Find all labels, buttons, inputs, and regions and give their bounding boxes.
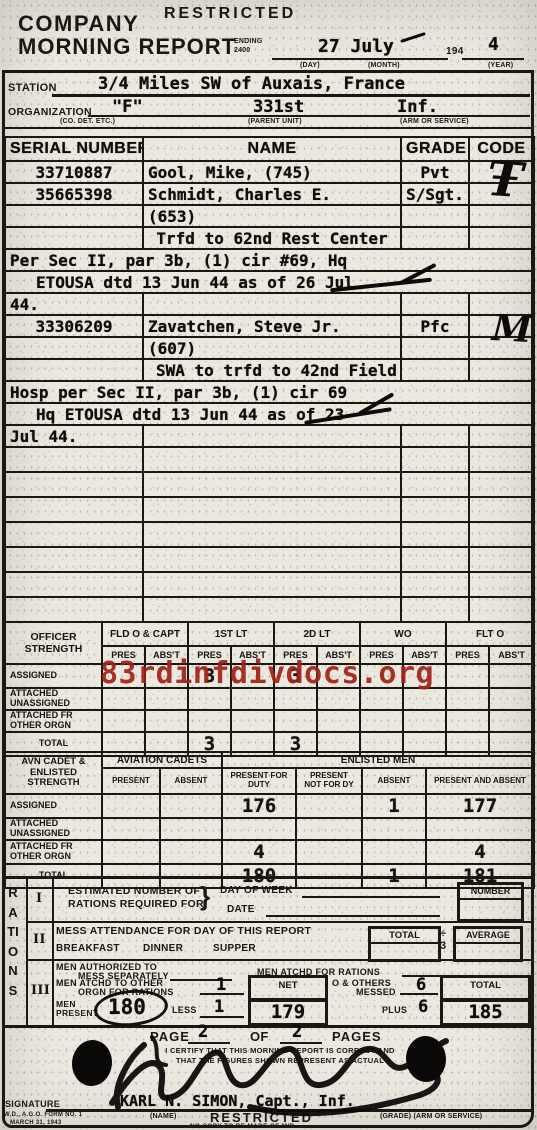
cell	[446, 688, 489, 710]
remarks-cell: ETOUSA dtd 13 Jun 44 as of 26 Jul	[5, 271, 534, 293]
cell	[188, 710, 231, 732]
group-flt-o: FLT O	[446, 622, 534, 646]
cell	[489, 664, 534, 688]
breakfast-label: BREAKFAST	[56, 943, 120, 954]
station-label: STATION	[8, 82, 57, 94]
atchd-other-value: 1	[216, 975, 226, 995]
rations-numeral-border	[52, 879, 54, 1025]
grade-cell	[401, 359, 469, 381]
sub-abst: ABS'T	[489, 646, 534, 664]
cell	[231, 710, 274, 732]
cell: 4	[222, 840, 296, 864]
code-cell	[469, 597, 534, 622]
roster-row: SWA to trfd to 42nd Field	[5, 359, 534, 381]
code-cell	[469, 425, 534, 447]
report-title-line2: MORNING REPORT	[18, 34, 236, 60]
grade-cell: S/Sgt.	[401, 183, 469, 205]
code-cell	[469, 205, 534, 227]
roster-row: 44.	[5, 293, 534, 315]
cell	[102, 818, 160, 840]
day-sublabel: (DAY)	[300, 62, 320, 69]
row-label: ATTACHED FR OTHER ORGN	[5, 710, 102, 732]
cell	[160, 794, 222, 818]
grade-cell: Pfc	[401, 315, 469, 337]
serial-cell: 33306209	[5, 315, 143, 337]
cell	[102, 688, 145, 710]
cell	[296, 818, 362, 840]
cell	[317, 688, 360, 710]
name-cell: (653)	[143, 205, 401, 227]
enlisted-strength-table: AVN CADET & ENLISTED STRENGTH AVIATION C…	[4, 751, 535, 889]
day-of-week-label: DAY OF WEEK	[220, 885, 293, 896]
roster-row: (607)	[5, 337, 534, 359]
group-2d-lt: 2D LT	[274, 622, 360, 646]
average-box-label: AVERAGE	[456, 929, 520, 944]
divide-sign: ÷	[440, 928, 446, 940]
name-cell: SWA to trfd to 42nd Field	[143, 359, 401, 381]
organization-label: ORGANIZATION	[8, 106, 92, 118]
code-cell	[469, 359, 534, 381]
net-box-label: NET	[251, 978, 325, 993]
rations-vertical-label: RATIONS	[6, 883, 20, 1000]
section-divider-rule	[4, 127, 533, 129]
serial-cell	[5, 547, 143, 572]
grade-cell: Pvt	[401, 161, 469, 183]
officer-strength-title: OFFICER STRENGTH	[5, 622, 102, 664]
cell	[102, 794, 160, 818]
remarks-cell: Hq ETOUSA dtd 13 Jun 44 as of 23	[5, 403, 534, 425]
roster-empty-row	[5, 547, 534, 572]
enlisted-strength-title: AVN CADET & ENLISTED STRENGTH	[5, 752, 102, 794]
enlisted-row-attached-unassigned: ATTACHED UNASSIGNED	[5, 818, 534, 840]
roster-row: Per Sec II, par 3b, (1) cir #69, Hq	[5, 249, 534, 271]
mess-total-label: TOTAL	[371, 929, 438, 944]
col-absent-em: ABSENT	[362, 768, 426, 794]
roster-row: 33306209 Zavatchen, Steve Jr. Pfc	[5, 315, 534, 337]
year-prefix: 194	[446, 46, 464, 57]
number-box: NUMBER	[457, 882, 524, 922]
atchd-other-line	[200, 993, 244, 995]
officer-row-attached-fr-other: ATTACHED FR OTHER ORGN	[5, 710, 534, 732]
mess-attendance-title: MESS ATTENDANCE FOR DAY OF THIS REPORT	[56, 925, 311, 937]
group-1st-lt: 1ST LT	[188, 622, 274, 646]
year-underline	[462, 58, 524, 60]
name-cell: Schmidt, Charles E.	[143, 183, 401, 205]
column-header-name: NAME	[143, 137, 401, 161]
signature-scrawl	[0, 1015, 537, 1125]
roster-header-row: SERIAL NUMBER NAME GRADE CODE	[5, 137, 534, 161]
handwritten-code-m: M	[491, 307, 533, 351]
cell	[403, 688, 446, 710]
col-present: PRESENT	[102, 768, 160, 794]
cell	[160, 840, 222, 864]
roster-row: 33710887 Gool, Mike, (745) Pvt	[5, 161, 534, 183]
group-wo: WO	[360, 622, 446, 646]
others-messed-value: 6	[416, 975, 426, 995]
serial-cell	[5, 597, 143, 622]
row-label: ASSIGNED	[5, 664, 102, 688]
name-cell	[143, 547, 401, 572]
grade-cell	[401, 547, 469, 572]
organization-arm-sublabel: (ARM OR SERVICE)	[400, 118, 469, 125]
serial-cell: 44.	[5, 293, 143, 315]
cell	[360, 710, 403, 732]
others-messed-line	[400, 993, 438, 995]
row-label: ATTACHED FR OTHER ORGN	[5, 840, 102, 864]
cell	[102, 710, 145, 732]
cell: 1	[362, 794, 426, 818]
serial-cell	[5, 572, 143, 597]
cell	[360, 688, 403, 710]
ending-time: 2400	[234, 47, 250, 54]
row-label: ATTACHED UNASSIGNED	[5, 688, 102, 710]
serial-cell	[5, 522, 143, 547]
station-value: 3/4 Miles SW of Auxais, France	[98, 74, 405, 94]
date-label: DATE	[227, 904, 255, 915]
code-cell	[469, 227, 534, 249]
column-header-serial: SERIAL NUMBER	[5, 137, 143, 161]
code-cell	[469, 447, 534, 472]
grade-cell	[401, 597, 469, 622]
grade-cell	[401, 425, 469, 447]
cell	[489, 688, 534, 710]
cell	[274, 710, 317, 732]
organization-parent-sublabel: (PARENT UNIT)	[248, 118, 302, 125]
day-of-week-line	[302, 896, 440, 898]
serial-cell	[5, 359, 143, 381]
col-absent: ABSENT	[160, 768, 222, 794]
estimated-rations-label-2: RATIONS REQUIRED FOR	[68, 898, 204, 910]
cell	[317, 710, 360, 732]
cell	[296, 794, 362, 818]
serial-cell	[5, 205, 143, 227]
cell	[102, 840, 160, 864]
name-cell: Zavatchen, Steve Jr.	[143, 315, 401, 337]
brace-glyph: }	[200, 881, 210, 912]
year-value: 4	[488, 34, 499, 55]
cell	[296, 840, 362, 864]
officer-row-attached-unassigned: ATTACHED UNASSIGNED	[5, 688, 534, 710]
organization-co-sublabel: (CO. DET. ETC.)	[60, 118, 115, 125]
code-cell	[469, 547, 534, 572]
cell	[362, 840, 426, 864]
cell	[231, 688, 274, 710]
roster-empty-row	[5, 597, 534, 622]
cell	[188, 688, 231, 710]
column-header-grade: GRADE	[401, 137, 469, 161]
grade-cell	[401, 293, 469, 315]
serial-cell	[5, 227, 143, 249]
divisor-3: 3	[440, 940, 446, 952]
grade-cell	[401, 337, 469, 359]
cell	[145, 710, 188, 732]
cell	[426, 818, 534, 840]
estimated-rations-label-1: ESTIMATED NUMBER OF	[68, 885, 200, 897]
remarks-cell: Per Sec II, par 3b, (1) cir #69, Hq	[5, 249, 534, 271]
cell: 177	[426, 794, 534, 818]
date-underline	[272, 58, 448, 60]
name-cell	[143, 597, 401, 622]
month-sublabel: (MONTH)	[368, 62, 400, 69]
name-cell	[143, 572, 401, 597]
officer-header-groups: OFFICER STRENGTH FLD O & CAPT 1ST LT 2D …	[5, 622, 534, 646]
enlisted-header-groups: AVN CADET & ENLISTED STRENGTH AVIATION C…	[5, 752, 534, 768]
rations-section: RATIONS I II III ESTIMATED NUMBER OF RAT…	[4, 876, 533, 1028]
name-cell	[143, 425, 401, 447]
roster-row: Jul 44.	[5, 425, 534, 447]
group-fldo-capt: FLD O & CAPT	[102, 622, 188, 646]
serial-cell: 35665398	[5, 183, 143, 205]
serial-cell: 33710887	[5, 161, 143, 183]
name-cell	[143, 447, 401, 472]
roster-empty-row	[5, 497, 534, 522]
row-label: ASSIGNED	[5, 794, 102, 818]
col-present-for-duty: PRESENT FOR DUTY	[222, 768, 296, 794]
grade-cell	[401, 522, 469, 547]
roster-empty-row	[5, 572, 534, 597]
group-enlisted-men: ENLISTED MEN	[222, 752, 534, 768]
cell	[160, 818, 222, 840]
roster-table: SERIAL NUMBER NAME GRADE CODE 33710887 G…	[4, 136, 535, 623]
roster-row: ETOUSA dtd 13 Jun 44 as of 26 Jul	[5, 271, 534, 293]
grade-cell	[401, 572, 469, 597]
cell	[489, 710, 534, 732]
cell: 4	[426, 840, 534, 864]
plus-value: 6	[418, 997, 428, 1017]
year-sublabel: (YEAR)	[488, 62, 513, 69]
roster-empty-row	[5, 472, 534, 497]
roster-row: 35665398 Schmidt, Charles E. S/Sgt.	[5, 183, 534, 205]
less-label: LESS	[172, 1005, 197, 1015]
name-cell	[143, 522, 401, 547]
cell: 176	[222, 794, 296, 818]
grade-cell	[401, 497, 469, 522]
name-cell: Trfd to 62nd Rest Center	[143, 227, 401, 249]
dinner-label: DINNER	[143, 943, 183, 954]
roster-empty-row	[5, 522, 534, 547]
grade-cell	[401, 472, 469, 497]
less-value: 1	[214, 997, 224, 1017]
remarks-cell: Hosp per Sec II, par 3b, (1) cir 69	[5, 381, 534, 403]
serial-cell	[5, 497, 143, 522]
serial-cell	[5, 447, 143, 472]
name-cell	[143, 472, 401, 497]
number-box-label: NUMBER	[460, 885, 521, 900]
serial-cell	[5, 472, 143, 497]
rations-numeral-2: II	[33, 932, 46, 947]
morning-report-scan: RESTRICTED COMPANY MORNING REPORT ENDING…	[0, 0, 537, 1130]
cell	[145, 688, 188, 710]
name-cell: (607)	[143, 337, 401, 359]
code-cell	[469, 497, 534, 522]
rations-numeral-3: III	[31, 983, 50, 998]
cell	[446, 664, 489, 688]
roster-row: Hosp per Sec II, par 3b, (1) cir 69	[5, 381, 534, 403]
watermark-text: 83rdinfdivdocs.org	[100, 656, 434, 691]
row-label: ATTACHED UNASSIGNED	[5, 818, 102, 840]
name-cell	[143, 293, 401, 315]
rations-total-label: TOTAL	[443, 978, 528, 993]
mess-total-box: TOTAL	[368, 926, 441, 962]
roster-row: Trfd to 62nd Rest Center	[5, 227, 534, 249]
name-cell: Gool, Mike, (745)	[143, 161, 401, 183]
code-cell	[469, 522, 534, 547]
organization-co-value: "F"	[112, 97, 143, 117]
pen-mark-after-date	[400, 32, 426, 43]
cell	[362, 818, 426, 840]
cell	[403, 710, 446, 732]
cell	[274, 688, 317, 710]
ending-label: ENDING	[234, 38, 262, 45]
cell	[446, 710, 489, 732]
enlisted-row-attached-fr-other: ATTACHED FR OTHER ORGN 4 4	[5, 840, 534, 864]
cell	[222, 818, 296, 840]
rations-numeral-1: I	[36, 891, 42, 906]
plus-label: PLUS	[382, 1005, 407, 1015]
col-present-and-absent: PRESENT AND ABSENT	[426, 768, 534, 794]
name-cell	[143, 497, 401, 522]
roster-row: (653)	[5, 205, 534, 227]
grade-cell	[401, 205, 469, 227]
code-cell	[469, 572, 534, 597]
classification-banner: RESTRICTED	[164, 5, 296, 23]
organization-parent-value: 331st	[253, 97, 304, 117]
others-messed-label-2: MESSED	[356, 987, 396, 997]
handwritten-code-t: Ŧ	[485, 151, 525, 209]
date-line	[266, 915, 440, 917]
grade-cell	[401, 447, 469, 472]
organization-underline	[88, 115, 530, 117]
organization-arm-value: Inf.	[397, 97, 438, 117]
rations-strip-border	[26, 879, 28, 1025]
group-aviation-cadets: AVIATION CADETS	[102, 752, 222, 768]
enlisted-row-assigned: ASSIGNED 176 1 177	[5, 794, 534, 818]
supper-label: SUPPER	[213, 943, 256, 954]
serial-cell: Jul 44.	[5, 425, 143, 447]
roster-empty-row	[5, 447, 534, 472]
grade-cell	[401, 227, 469, 249]
roster-row: Hq ETOUSA dtd 13 Jun 44 as of 23	[5, 403, 534, 425]
col-present-not-for-dy: PRESENT NOT FOR DY	[296, 768, 362, 794]
report-date: 27 July	[318, 36, 394, 57]
average-box: AVERAGE	[453, 926, 523, 962]
sub-pres: PRES	[446, 646, 489, 664]
serial-cell	[5, 337, 143, 359]
code-cell	[469, 472, 534, 497]
